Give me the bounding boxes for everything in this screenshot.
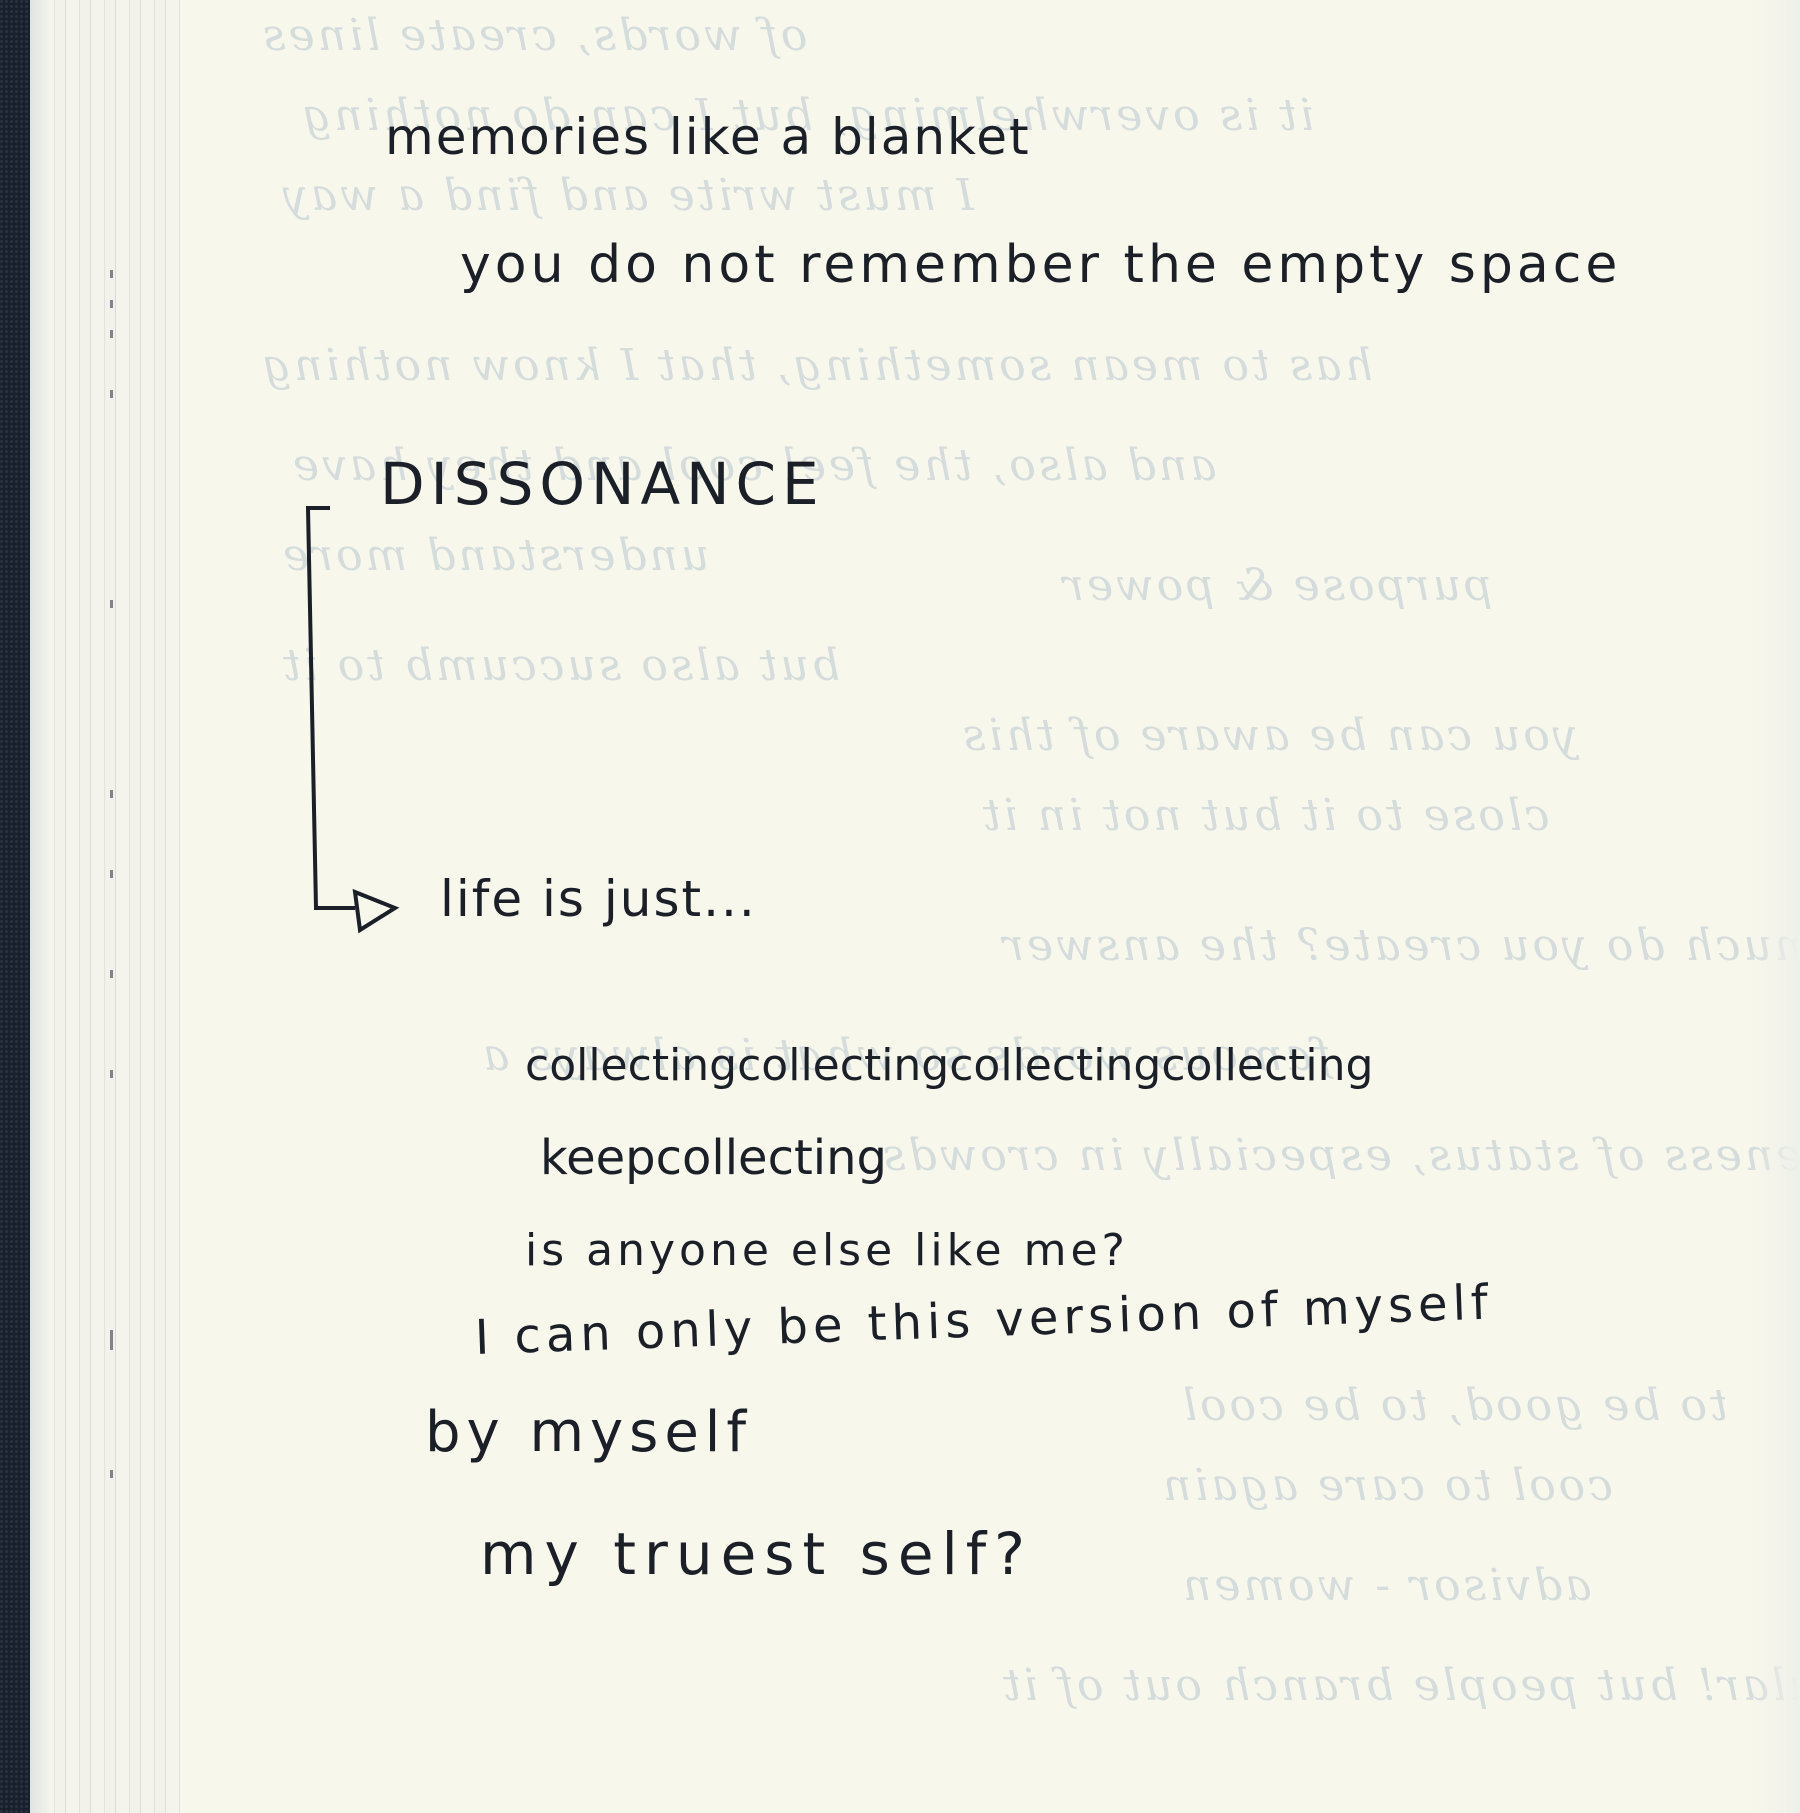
bleed-through-text: so insular! but people branch out of it [1000, 1660, 1800, 1711]
handwritten-line: keepcollecting [540, 1130, 887, 1186]
bleed-through-text: how much do you create? the answer [1000, 920, 1800, 971]
bleed-through-text: cool to care again [1160, 1460, 1613, 1511]
handwritten-line: collectingcollectingcollectingcollecting [525, 1040, 1373, 1091]
bleed-through-text: you can be aware of this [960, 710, 1578, 761]
bleed-through-text: to be good, to be cool [1180, 1380, 1728, 1431]
handwritten-line: life is just... [440, 870, 757, 928]
bleed-through-text: has to mean something, that I know nothi… [260, 340, 1373, 391]
bleed-through-text: close to it but not in it [980, 790, 1550, 841]
margin-marks [110, 270, 120, 1570]
bleed-through-text: I must write and find a way [280, 170, 974, 221]
handwritten-line: memories like a blanket [385, 108, 1031, 166]
bleed-through-text: purpose & power [1060, 560, 1492, 611]
handwritten-line: is anyone else like me? [525, 1225, 1129, 1276]
handwritten-line: you do not remember the empty space [460, 235, 1621, 295]
bracket-arrow-icon [300, 490, 420, 950]
bleed-through-text: advisor - women [1180, 1560, 1592, 1611]
handwritten-line: my truest self? [480, 1520, 1033, 1588]
bleed-through-text: of words, create lines [260, 10, 807, 61]
heading-dissonance: DISSONANCE [380, 450, 825, 518]
notebook-cover [0, 0, 30, 1813]
bleed-through-text: awareness of status, especially in crowd… [880, 1130, 1800, 1181]
handwritten-line: by myself [425, 1400, 752, 1465]
